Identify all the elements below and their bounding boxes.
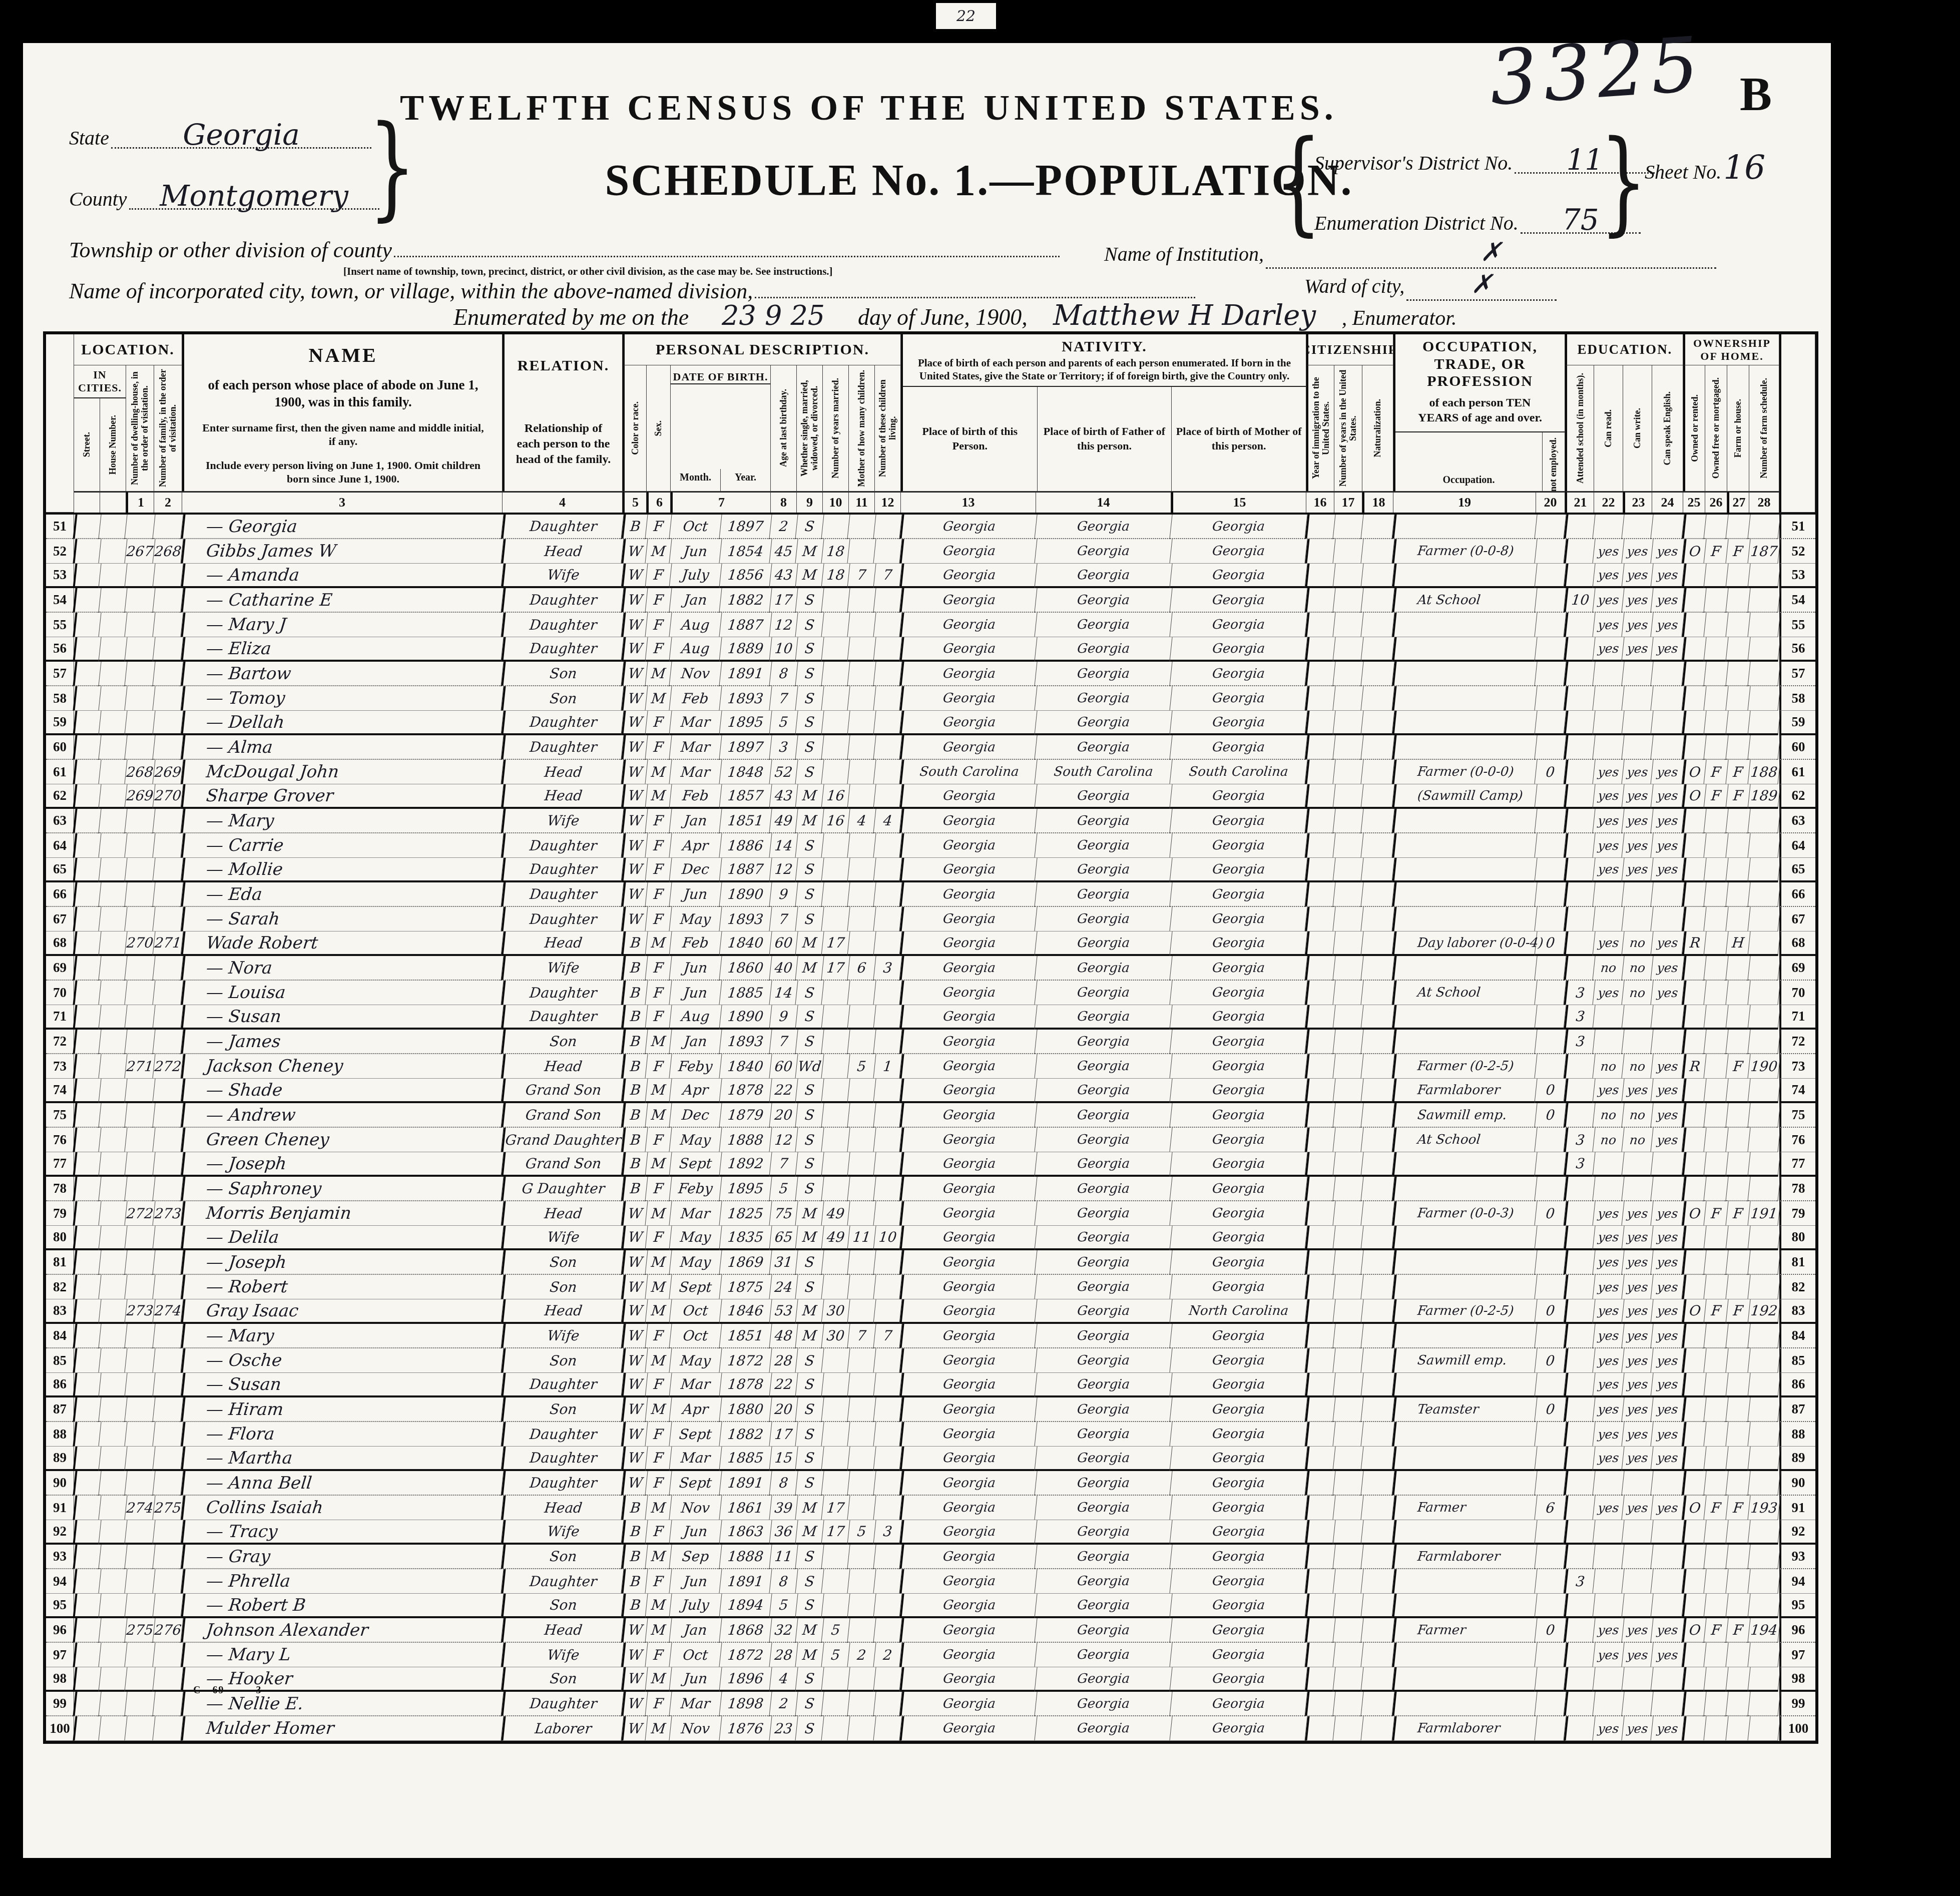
cell-age: 32 [769, 1618, 798, 1643]
cell-family-number [153, 1569, 183, 1594]
cell-birthplace: Georgia [899, 1005, 1037, 1030]
cell-immigration-year [1305, 956, 1335, 981]
census-sheet: TWELFTH CENSUS OF THE UNITED STATES. 332… [23, 43, 1831, 1858]
cell-can-write [1622, 711, 1653, 735]
cell-owned-or-rented: O [1682, 1496, 1706, 1520]
row-number-right: 58 [1779, 686, 1815, 711]
cell-owned-or-rented [1682, 1103, 1706, 1128]
cell-farm-or-house [1726, 1716, 1750, 1741]
cell-attended-school: 3 [1564, 981, 1595, 1005]
cell-years-in-us [1333, 1177, 1363, 1201]
cell-farm-or-house [1726, 1177, 1750, 1201]
cell-attended-school [1564, 1447, 1595, 1471]
cell-marital-status: S [795, 1152, 824, 1177]
cell-color: B [621, 1054, 648, 1079]
cell-farm-schedule-number [1748, 613, 1780, 637]
personal-description-group-header: PERSONAL DESCRIPTION. [623, 334, 901, 365]
cell-owned-or-rented [1682, 735, 1706, 760]
cell-father-birthplace: Georgia [1035, 784, 1172, 809]
cell-naturalization [1361, 1348, 1394, 1373]
cell-farm-or-house [1726, 1594, 1750, 1618]
cell-farm-or-house [1726, 833, 1750, 858]
state-label: State [69, 127, 109, 149]
cell-family-number [153, 1348, 183, 1373]
row-number-right: 68 [1779, 931, 1815, 956]
cell-relation: Daughter [501, 907, 624, 931]
cell-birthplace: Georgia [899, 1201, 1037, 1226]
cell-marital-status: S [795, 1692, 824, 1716]
cell-relation: Daughter [501, 858, 624, 882]
cell-color: B [621, 1177, 648, 1201]
cell-can-speak-english: yes [1651, 539, 1684, 564]
cell-can-speak-english [1651, 1569, 1684, 1594]
cell-years-in-us [1333, 1030, 1363, 1054]
cell-age: 43 [769, 784, 798, 809]
cell-birth-year: 1891 [719, 662, 772, 686]
cell-can-speak-english: yes [1651, 1054, 1684, 1079]
cell-children-living [873, 1569, 902, 1594]
cell-street [73, 760, 101, 784]
cell-age: 17 [769, 588, 798, 613]
cell-months-not-employed [1535, 539, 1566, 564]
cell-mother-of-children [847, 1471, 876, 1496]
cell-can-speak-english: yes [1651, 1716, 1684, 1741]
cell-years-in-us [1333, 1422, 1363, 1447]
cell-marital-status: S [795, 686, 824, 711]
cell-years-married [821, 882, 850, 907]
cell-can-speak-english [1651, 1152, 1684, 1177]
cell-street [73, 981, 101, 1005]
attended-school-header: Attended school (in months). [1565, 365, 1594, 492]
county-line: County Montgomery [69, 184, 379, 211]
cell-years-in-us [1333, 662, 1363, 686]
cell-immigration-year [1305, 882, 1335, 907]
cell-birthplace: Georgia [899, 1348, 1037, 1373]
cell-can-read: yes [1593, 760, 1624, 784]
cell-can-write [1622, 1152, 1653, 1177]
row-number-left: 56 [46, 637, 74, 662]
cell-immigration-year [1305, 858, 1335, 882]
cell-dwelling-number [125, 1152, 155, 1177]
cell-can-speak-english [1651, 686, 1684, 711]
cell-birth-year: 1898 [719, 1692, 772, 1716]
cell-can-speak-english [1651, 1471, 1684, 1496]
cell-can-speak-english: yes [1651, 1324, 1684, 1348]
cell-years-in-us [1333, 1716, 1363, 1741]
cell-dwelling-number [125, 1226, 155, 1250]
cell-dwelling-number [125, 1422, 155, 1447]
cell-age: 40 [769, 956, 798, 981]
cell-relation: Wife [501, 1643, 624, 1667]
cell-sex: F [645, 981, 672, 1005]
cell-relation: Head [501, 1299, 624, 1324]
cell-family-number [153, 662, 183, 686]
cell-can-read: yes [1593, 809, 1624, 833]
cell-attended-school [1564, 613, 1595, 637]
cell-years-in-us [1333, 1643, 1363, 1667]
cell-naturalization [1361, 1152, 1394, 1177]
cell-years-married [821, 1250, 850, 1275]
cell-owned-or-rented [1682, 1030, 1706, 1054]
cell-family-number [153, 1471, 183, 1496]
cell-sex: M [645, 1250, 672, 1275]
citizenship-group-header: CITIZENSHIP. [1306, 334, 1393, 365]
cell-birthplace: Georgia [899, 1275, 1037, 1299]
cell-father-birthplace: Georgia [1035, 686, 1172, 711]
cell-street [73, 613, 101, 637]
cell-relation: Wife [501, 1324, 624, 1348]
cell-occupation [1392, 809, 1537, 833]
cell-father-birthplace: Georgia [1035, 613, 1172, 637]
cell-owned-or-rented [1682, 1226, 1706, 1250]
cell-father-birthplace: Georgia [1035, 833, 1172, 858]
cell-mother-birthplace: Georgia [1170, 1594, 1307, 1618]
cell-color: B [621, 981, 648, 1005]
cell-occupation [1392, 1226, 1537, 1250]
cell-birthplace: Georgia [899, 1643, 1037, 1667]
cell-mother-birthplace: Georgia [1170, 1667, 1307, 1692]
cell-mother-birthplace: Georgia [1170, 1079, 1307, 1103]
cell-sex: M [645, 1299, 672, 1324]
cell-years-in-us [1333, 1103, 1363, 1128]
cell-can-read: yes [1593, 564, 1624, 588]
cell-can-write: yes [1622, 1643, 1653, 1667]
cell-birth-month: Jan [669, 809, 722, 833]
cell-marital-status: M [795, 956, 824, 981]
cell-relation: Wife [501, 1226, 624, 1250]
cell-father-birthplace: Georgia [1035, 1618, 1172, 1643]
cell-can-read: yes [1593, 931, 1624, 956]
row-number-right: 73 [1779, 1054, 1815, 1079]
cell-birthplace: Georgia [899, 564, 1037, 588]
cell-birth-year: 1890 [719, 882, 772, 907]
cell-mother-birthplace: Georgia [1170, 1030, 1307, 1054]
cell-age: 2 [769, 515, 798, 539]
cell-house-number [99, 1299, 127, 1324]
cell-house-number [99, 1520, 127, 1545]
cell-house-number [99, 1397, 127, 1422]
cell-farm-schedule-number [1748, 1569, 1780, 1594]
cell-owned-or-rented [1682, 956, 1706, 981]
column-number: 27 [1727, 492, 1749, 513]
cell-birthplace: Georgia [899, 1299, 1037, 1324]
row-number-left: 77 [46, 1152, 74, 1177]
cell-birth-year: 1868 [719, 1618, 772, 1643]
cell-sex: M [645, 1545, 672, 1569]
cell-dwelling-number [125, 1275, 155, 1299]
cell-sex: M [645, 760, 672, 784]
relation-note: Relationship of each person to the head … [505, 421, 622, 468]
cell-birth-month: May [669, 1128, 722, 1152]
cell-years-married: 17 [821, 931, 850, 956]
row-number-left: 62 [46, 784, 74, 809]
cell-birth-month: May [669, 1250, 722, 1275]
cell-can-read [1593, 735, 1624, 760]
cell-mother-birthplace: Georgia [1170, 1397, 1307, 1422]
cell-age: 7 [769, 686, 798, 711]
cell-naturalization [1361, 1177, 1394, 1201]
cell-birth-month: Sept [669, 1422, 722, 1447]
cell-father-birthplace: Georgia [1035, 1397, 1172, 1422]
cell-house-number [99, 1618, 127, 1643]
column-number: 4 [503, 492, 623, 513]
cell-months-not-employed [1535, 1152, 1566, 1177]
row-number-right: 70 [1779, 981, 1815, 1005]
cell-family-number [153, 564, 183, 588]
cell-family-number: 275 [153, 1496, 183, 1520]
cell-relation: Son [501, 1667, 624, 1692]
cell-mother-birthplace: Georgia [1170, 809, 1307, 833]
cell-relation: Son [501, 1030, 624, 1054]
cell-years-in-us [1333, 1447, 1363, 1471]
cell-father-birthplace: Georgia [1035, 515, 1172, 539]
cell-sex: M [645, 784, 672, 809]
cell-house-number [99, 1373, 127, 1397]
cell-years-in-us [1333, 1496, 1363, 1520]
cell-months-not-employed [1535, 858, 1566, 882]
cell-birth-month: Apr [669, 1079, 722, 1103]
cell-years-married [821, 1716, 850, 1741]
street-header: Street. [81, 429, 93, 460]
cell-naturalization [1361, 1275, 1394, 1299]
row-number-left: 51 [46, 515, 74, 539]
cell-children-living: 10 [873, 1226, 902, 1250]
cell-relation: Daughter [501, 1422, 624, 1447]
cell-age: 43 [769, 564, 798, 588]
cell-father-birthplace: Georgia [1035, 907, 1172, 931]
cell-can-speak-english [1651, 882, 1684, 907]
cell-owned-free-or-mortgaged [1704, 981, 1728, 1005]
cell-owned-or-rented: O [1682, 539, 1706, 564]
cell-street [73, 1520, 101, 1545]
cell-marital-status: M [795, 784, 824, 809]
cell-sex: F [645, 588, 672, 613]
cell-birth-year: 1879 [719, 1103, 772, 1128]
cell-can-write: yes [1622, 1250, 1653, 1275]
cell-mother-of-children: 2 [847, 1643, 876, 1667]
cell-occupation: Farmer (0-2-5) [1392, 1299, 1537, 1324]
row-number-left: 72 [46, 1030, 74, 1054]
cell-birthplace: Georgia [899, 1397, 1037, 1422]
cell-owned-or-rented: O [1682, 1618, 1706, 1643]
cell-name: — Sarah [181, 907, 504, 931]
cell-sex: F [645, 882, 672, 907]
cell-birth-year: 1872 [719, 1643, 772, 1667]
cell-mother-of-children [847, 515, 876, 539]
cell-owned-free-or-mortgaged [1704, 515, 1728, 539]
cell-birth-year: 1872 [719, 1348, 772, 1373]
cell-age: 22 [769, 1079, 798, 1103]
row-number-col-right [1779, 334, 1815, 513]
cell-color: W [621, 833, 648, 858]
cell-color: B [621, 1030, 648, 1054]
cell-children-living [873, 1079, 902, 1103]
cell-house-number [99, 686, 127, 711]
cell-occupation [1392, 564, 1537, 588]
relation-group-header: RELATION. Relationship of each person to… [503, 334, 623, 492]
cell-can-write [1622, 1471, 1653, 1496]
cell-owned-free-or-mortgaged [1704, 1643, 1728, 1667]
row-number-right: 65 [1779, 858, 1815, 882]
cell-name: — Eda [181, 882, 504, 907]
cell-sex: M [645, 1152, 672, 1177]
column-number: 15 [1171, 492, 1306, 513]
row-number-right: 96 [1779, 1618, 1815, 1643]
cell-dwelling-number [125, 1103, 155, 1128]
row-number-left: 52 [46, 539, 74, 564]
cell-birth-year: 1851 [719, 1324, 772, 1348]
cell-age: 12 [769, 613, 798, 637]
cell-birth-year: 1897 [719, 515, 772, 539]
cell-years-in-us [1333, 1545, 1363, 1569]
cell-attended-school: 3 [1564, 1569, 1595, 1594]
cell-family-number: 269 [153, 760, 183, 784]
column-number: 6 [647, 492, 671, 513]
cell-can-read [1593, 1594, 1624, 1618]
cell-farm-or-house [1726, 613, 1750, 637]
cell-owned-or-rented [1682, 1373, 1706, 1397]
cell-years-in-us [1333, 539, 1363, 564]
cell-street [73, 1201, 101, 1226]
left-brace: } [368, 102, 416, 232]
cell-mother-birthplace: Georgia [1170, 1201, 1307, 1226]
cell-can-speak-english: yes [1651, 956, 1684, 981]
cell-mother-of-children [847, 1005, 876, 1030]
cell-age: 7 [769, 1152, 798, 1177]
cell-farm-or-house [1726, 1030, 1750, 1054]
cell-months-not-employed [1535, 833, 1566, 858]
cell-mother-of-children: 6 [847, 956, 876, 981]
cell-naturalization [1361, 1569, 1394, 1594]
row-number-right: 61 [1779, 760, 1815, 784]
row-number-right: 78 [1779, 1177, 1815, 1201]
cell-birthplace: South Carolina [899, 760, 1037, 784]
cell-birth-month: Oct [669, 515, 722, 539]
cell-owned-free-or-mortgaged [1704, 662, 1728, 686]
cell-birth-year: 1888 [719, 1545, 772, 1569]
institution-value: ✗ [1480, 237, 1502, 267]
cell-mother-of-children [847, 588, 876, 613]
cell-dwelling-number [125, 637, 155, 662]
cell-color: W [621, 662, 648, 686]
cell-relation: Daughter [501, 515, 624, 539]
cell-father-birthplace: Georgia [1035, 1226, 1172, 1250]
cell-family-number [153, 637, 183, 662]
cell-can-read [1593, 515, 1624, 539]
cell-farm-or-house: F [1726, 1496, 1750, 1520]
cell-can-read: yes [1593, 1348, 1624, 1373]
cell-owned-or-rented [1682, 686, 1706, 711]
cell-dwelling-number [125, 1079, 155, 1103]
cell-dwelling-number [125, 1005, 155, 1030]
cell-name: — Georgia [181, 515, 504, 539]
cell-birth-year: 1854 [719, 539, 772, 564]
row-number-right: 99 [1779, 1692, 1815, 1716]
page-title: TWELFTH CENSUS OF THE UNITED STATES. [143, 87, 1595, 129]
cell-marital-status: S [795, 1079, 824, 1103]
cell-name: Gray Isaac [181, 1299, 504, 1324]
cell-can-read: yes [1593, 1226, 1624, 1250]
cell-dwelling-number [125, 882, 155, 907]
cell-owned-free-or-mortgaged [1704, 1373, 1728, 1397]
cell-attended-school [1564, 760, 1595, 784]
cell-owned-free-or-mortgaged [1704, 1348, 1728, 1373]
row-number-left: 54 [46, 588, 74, 613]
cell-birth-month: Sept [669, 1152, 722, 1177]
cell-occupation [1392, 1422, 1537, 1447]
cell-years-in-us [1333, 1373, 1363, 1397]
cell-children-living [873, 1545, 902, 1569]
cell-naturalization [1361, 1054, 1394, 1079]
cell-immigration-year [1305, 662, 1335, 686]
cell-color: W [621, 1716, 648, 1741]
cell-marital-status: M [795, 1643, 824, 1667]
cell-years-married [821, 1373, 850, 1397]
cell-name: — Nora [181, 956, 504, 981]
cell-farm-schedule-number [1748, 882, 1780, 907]
cell-birth-year: 1890 [719, 1005, 772, 1030]
cell-years-in-us [1333, 858, 1363, 882]
cell-dwelling-number: 269 [125, 784, 155, 809]
cell-father-birthplace: Georgia [1035, 1103, 1172, 1128]
cell-can-read: yes [1593, 637, 1624, 662]
cell-attended-school [1564, 515, 1595, 539]
cell-sex: F [645, 1177, 672, 1201]
cell-can-read: yes [1593, 1079, 1624, 1103]
cell-sex: M [645, 1618, 672, 1643]
cell-occupation: Farmlaborer [1392, 1079, 1537, 1103]
cell-years-in-us [1333, 637, 1363, 662]
row-number-right: 52 [1779, 539, 1815, 564]
cell-mother-birthplace: Georgia [1170, 1226, 1307, 1250]
cell-owned-free-or-mortgaged: F [1704, 539, 1728, 564]
cell-birth-month: Oct [669, 1299, 722, 1324]
cell-birth-month: Apr [669, 1397, 722, 1422]
dwelling-number-header: Number of dwelling-house, in the order o… [126, 365, 154, 492]
cell-can-speak-english: yes [1651, 1103, 1684, 1128]
cell-age: 24 [769, 1275, 798, 1299]
cell-relation: Head [501, 539, 624, 564]
cell-farm-schedule-number [1748, 981, 1780, 1005]
cell-farm-schedule-number [1748, 833, 1780, 858]
cell-can-speak-english [1651, 907, 1684, 931]
cell-attended-school [1564, 1643, 1595, 1667]
cell-farm-or-house [1726, 564, 1750, 588]
cell-can-write [1622, 1545, 1653, 1569]
cell-relation: Son [501, 1397, 624, 1422]
cell-mother-of-children [847, 1618, 876, 1643]
cell-sex: F [645, 1471, 672, 1496]
cell-father-birthplace: Georgia [1035, 564, 1172, 588]
cell-occupation [1392, 1373, 1537, 1397]
cell-owned-free-or-mortgaged [1704, 1447, 1728, 1471]
cell-attended-school [1564, 1103, 1595, 1128]
cell-family-number [153, 735, 183, 760]
cell-house-number [99, 1226, 127, 1250]
cell-children-living [873, 1397, 902, 1422]
column-number [74, 492, 100, 513]
row-number-left: 78 [46, 1177, 74, 1201]
cell-birth-month: Aug [669, 1005, 722, 1030]
cell-years-married [821, 858, 850, 882]
cell-owned-free-or-mortgaged [1704, 1103, 1728, 1128]
cell-name: Mulder Homer [181, 1716, 504, 1741]
cell-occupation [1392, 907, 1537, 931]
cell-age: 75 [769, 1201, 798, 1226]
cell-marital-status: S [795, 1275, 824, 1299]
farm-or-house-header: Farm or house. [1727, 365, 1749, 492]
cell-family-number [153, 1177, 183, 1201]
